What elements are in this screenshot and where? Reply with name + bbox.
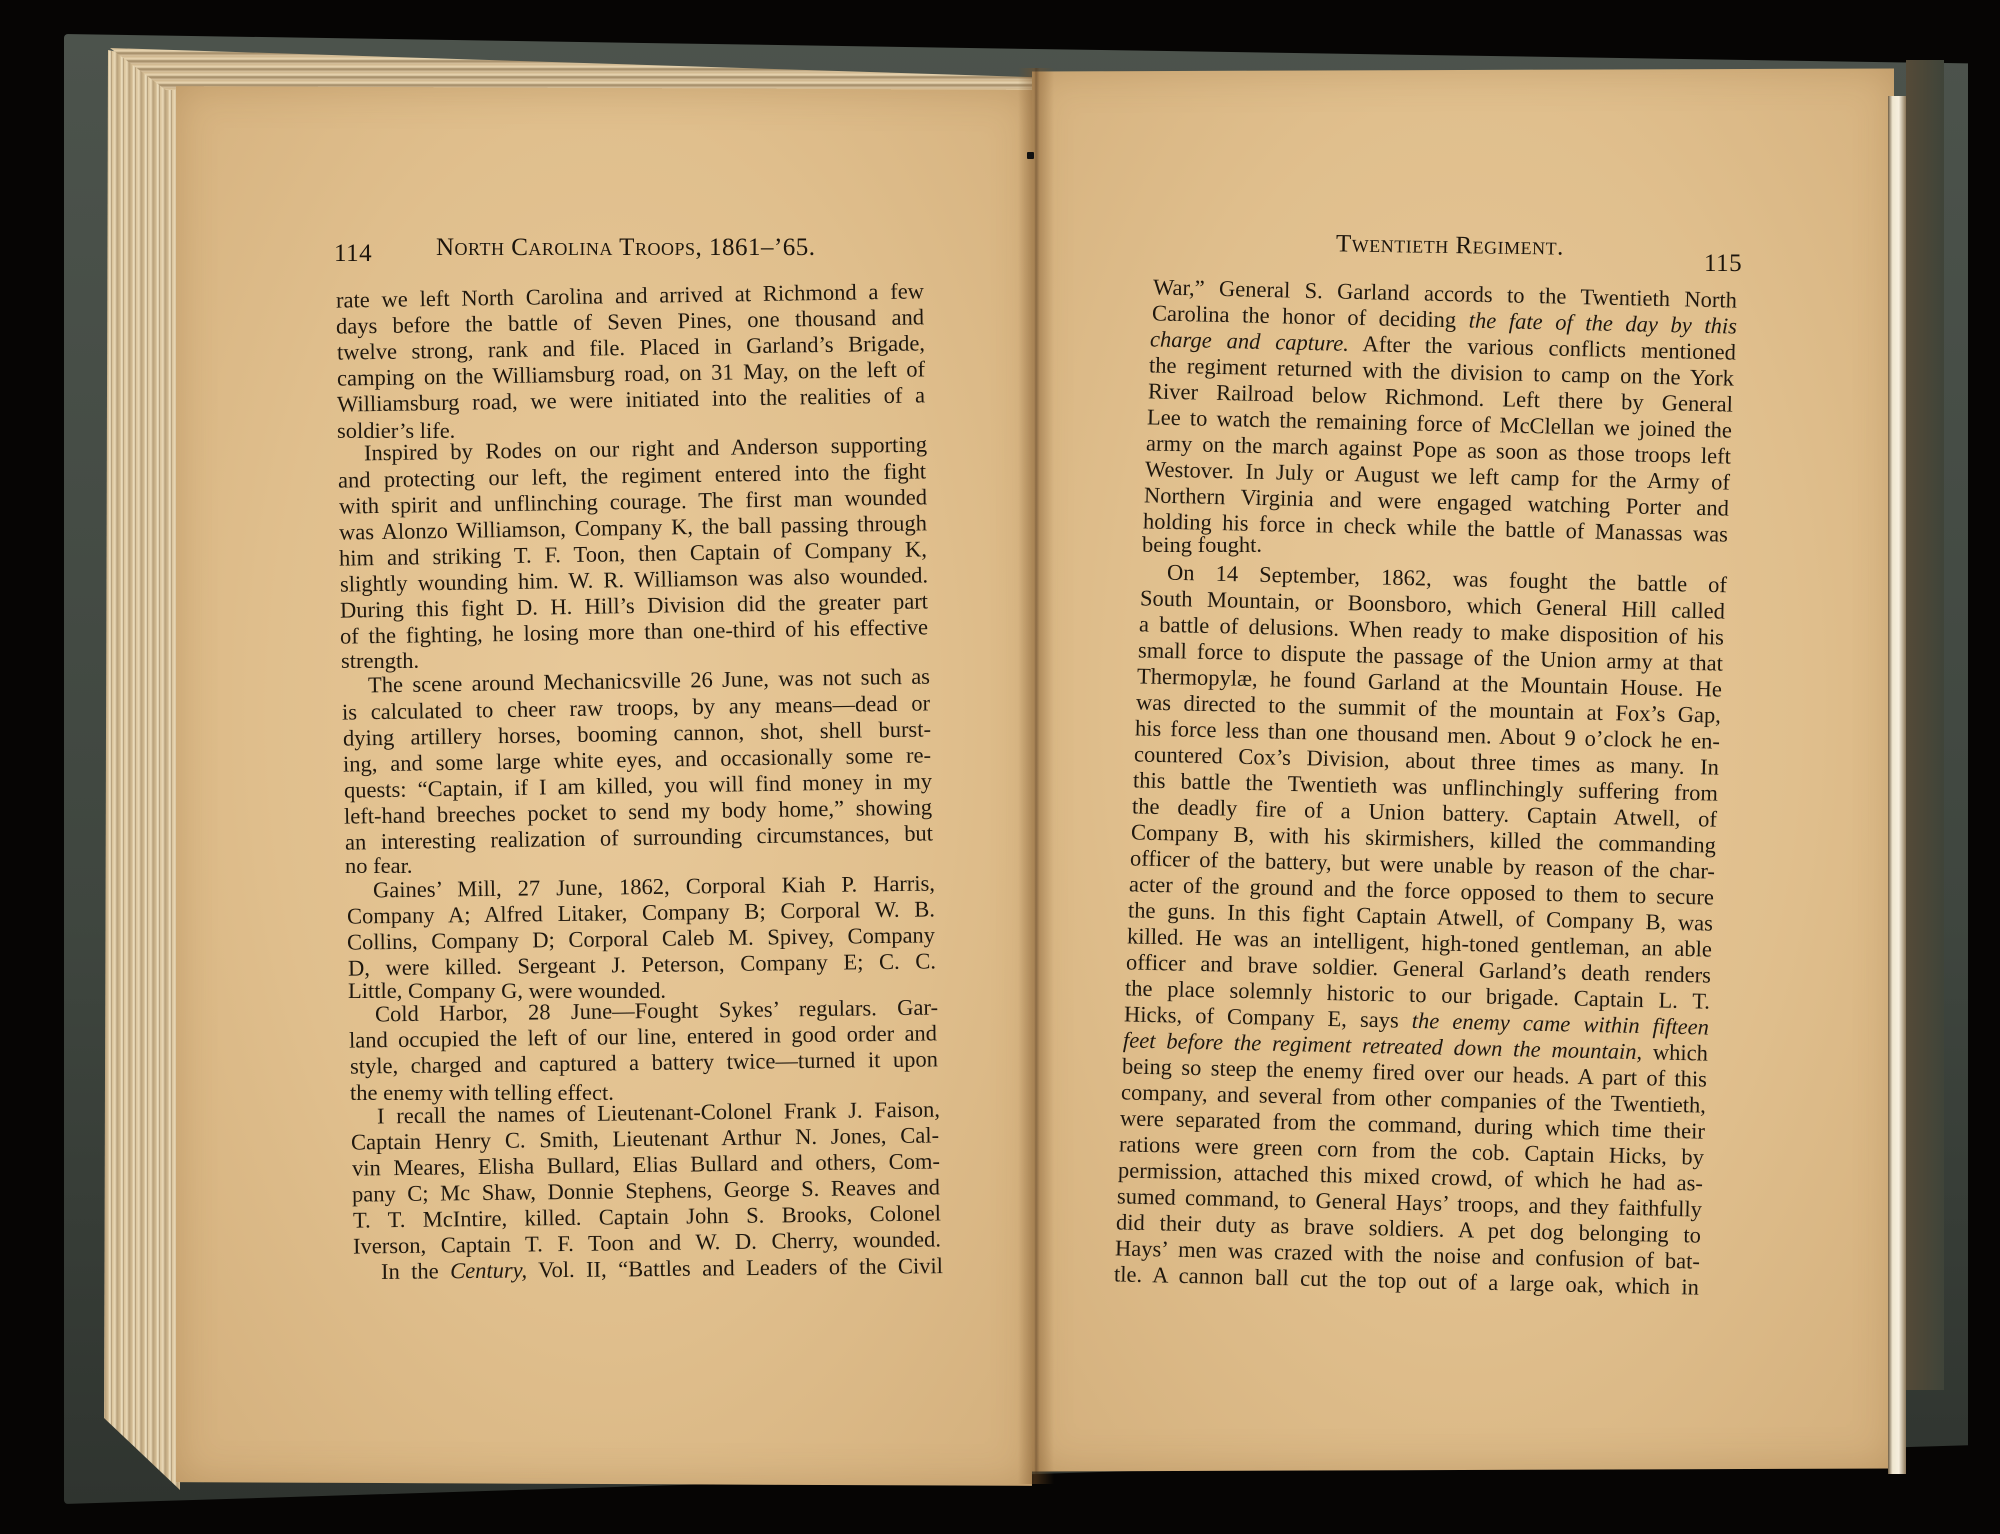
ink-speck [1027, 152, 1034, 159]
book-cover-right-edge [1906, 60, 1944, 1390]
text-span: In the [381, 1258, 450, 1284]
running-head-left: North Carolina Troops, 1861–’65. [436, 234, 816, 262]
page-edges-right [1888, 96, 1906, 1474]
page-edges-left [100, 50, 180, 1490]
page-number-right: 115 [1704, 250, 1742, 278]
text-span: which [1642, 1039, 1708, 1065]
text-span: Vol. II, “Battles and Leaders of the Civ… [527, 1253, 943, 1282]
page-number-left: 114 [334, 240, 372, 268]
book-gutter [1018, 68, 1054, 1484]
running-head-right: Twentieth Regiment. [1336, 230, 1564, 261]
italic-title: Century, [450, 1257, 527, 1283]
text-line: being fought. [1142, 534, 1727, 557]
italic-quote: charge and capture. [1150, 326, 1349, 356]
